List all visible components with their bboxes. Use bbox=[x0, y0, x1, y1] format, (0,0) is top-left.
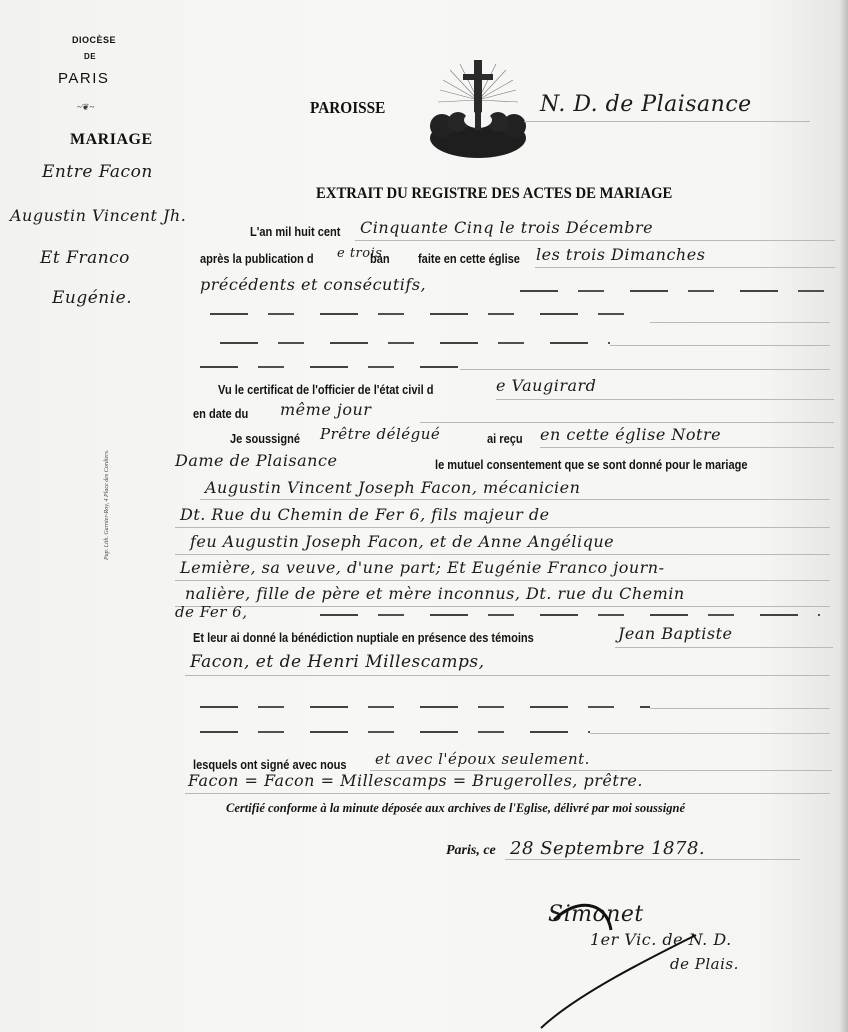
signature-flourish-icon bbox=[536, 900, 736, 1030]
year-label: L'an mil huit cent bbox=[250, 224, 340, 239]
year-rule bbox=[355, 240, 835, 241]
consecutive-value: précédents et consécutifs, bbox=[200, 275, 426, 294]
received-label: ai reçu bbox=[487, 431, 523, 446]
fill-dash bbox=[200, 731, 590, 733]
parish-name: N. D. de Plaisance bbox=[540, 92, 752, 117]
witness-rule-2 bbox=[185, 675, 830, 676]
date-label: en date du bbox=[193, 406, 248, 421]
city-label: PARIS bbox=[58, 70, 109, 87]
margin-note-line3: Et Franco bbox=[40, 248, 130, 268]
witness-value-1: Jean Baptiste bbox=[618, 624, 733, 643]
fill-dash bbox=[320, 614, 820, 616]
blank-rule bbox=[650, 708, 830, 709]
diocese-label: DIOCÈSE bbox=[72, 35, 116, 45]
certificate-rule bbox=[496, 399, 834, 400]
consent-label: le mutuel consentement que se sont donné… bbox=[435, 457, 748, 472]
blank-rule bbox=[590, 733, 830, 734]
church-value: les trois Dimanches bbox=[536, 245, 705, 264]
signed-label: lesquels ont signé avec nous bbox=[193, 757, 347, 772]
bride-line-1: nalière, fille de père et mère inconnus,… bbox=[185, 584, 685, 603]
received-rule bbox=[540, 447, 834, 448]
groom-line-2: Dt. Rue du Chemin de Fer 6, fils majeur … bbox=[180, 505, 550, 524]
margin-note-line1: Entre Facon bbox=[42, 162, 153, 182]
witness-rule-1 bbox=[615, 647, 833, 648]
undersigned-label: Je soussigné bbox=[230, 431, 300, 446]
groom-rule-2 bbox=[175, 527, 830, 528]
margin-note-line4: Eugénie. bbox=[52, 288, 132, 308]
received-value: en cette église Notre bbox=[540, 425, 721, 444]
groom-line-1: Augustin Vincent Joseph Facon, mécanicie… bbox=[205, 478, 580, 497]
bride-line-2: de Fer 6, bbox=[175, 603, 247, 621]
fill-dash bbox=[200, 366, 460, 368]
certified-statement: Certifié conforme à la minute déposée au… bbox=[226, 801, 685, 816]
groom-line-3: feu Augustin Joseph Facon, et de Anne An… bbox=[190, 532, 614, 551]
publication-label: après la publication d bbox=[200, 251, 314, 266]
blessing-label: Et leur ai donné la bénédiction nuptiale… bbox=[193, 630, 534, 645]
bride-rule-1 bbox=[175, 606, 830, 607]
printer-note: Pap. Lith. Garnier-Roy, 4 Place des Cord… bbox=[104, 450, 110, 560]
signed-value: et avec l'époux seulement. bbox=[375, 750, 590, 768]
ban-label: ban bbox=[370, 251, 390, 266]
fill-dash bbox=[220, 342, 610, 344]
fill-dash bbox=[520, 290, 830, 292]
place-date-label: Paris, ce bbox=[446, 843, 496, 859]
church-label: faite en cette église bbox=[418, 251, 520, 266]
church-rule bbox=[535, 267, 835, 268]
groom-rule-1 bbox=[200, 499, 830, 500]
fill-dash bbox=[210, 313, 650, 315]
document-title: EXTRAIT DU REGISTRE DES ACTES DE MARIAGE bbox=[316, 185, 672, 203]
received-value-continued: Dame de Plaisance bbox=[175, 451, 337, 470]
place-date-value: 28 Septembre 1878. bbox=[510, 838, 705, 859]
parish-label: PAROISSE bbox=[310, 98, 385, 118]
date-rule bbox=[420, 422, 834, 423]
date-value: même jour bbox=[280, 400, 371, 419]
margin-note-line2: Augustin Vincent Jh. bbox=[10, 206, 186, 225]
marriage-certificate-page: DIOCÈSE DE PARIS ~❦~ MARIAGE Entre Facon… bbox=[0, 0, 848, 1032]
ornament-divider: ~❦~ bbox=[77, 102, 94, 113]
parish-name-rule bbox=[524, 121, 810, 122]
undersigned-value: Prêtre délégué bbox=[320, 425, 440, 443]
certificate-label: Vu le certificat de l'officier de l'état… bbox=[218, 382, 433, 397]
year-value: Cinquante Cinq le trois Décembre bbox=[360, 218, 653, 237]
signatures-rule bbox=[185, 793, 830, 794]
blank-rule bbox=[460, 369, 830, 370]
certificate-value: e Vaugirard bbox=[496, 376, 596, 395]
de-label: DE bbox=[84, 52, 96, 61]
groom-rule-3 bbox=[175, 554, 830, 555]
fill-dash bbox=[200, 706, 650, 708]
witness-value-2: Facon, et de Henri Millescamps, bbox=[190, 652, 485, 672]
groom-line-4: Lemière, sa veuve, d'une part; Et Eugéni… bbox=[180, 558, 665, 577]
blank-rule bbox=[650, 322, 830, 323]
signatures-line: Facon = Facon = Millescamps = Brugerolle… bbox=[188, 771, 643, 790]
cross-emblem-icon bbox=[428, 60, 528, 160]
groom-rule-4 bbox=[175, 580, 830, 581]
blank-rule bbox=[610, 345, 830, 346]
place-date-rule bbox=[505, 859, 800, 860]
act-type-label: MARIAGE bbox=[70, 131, 153, 149]
